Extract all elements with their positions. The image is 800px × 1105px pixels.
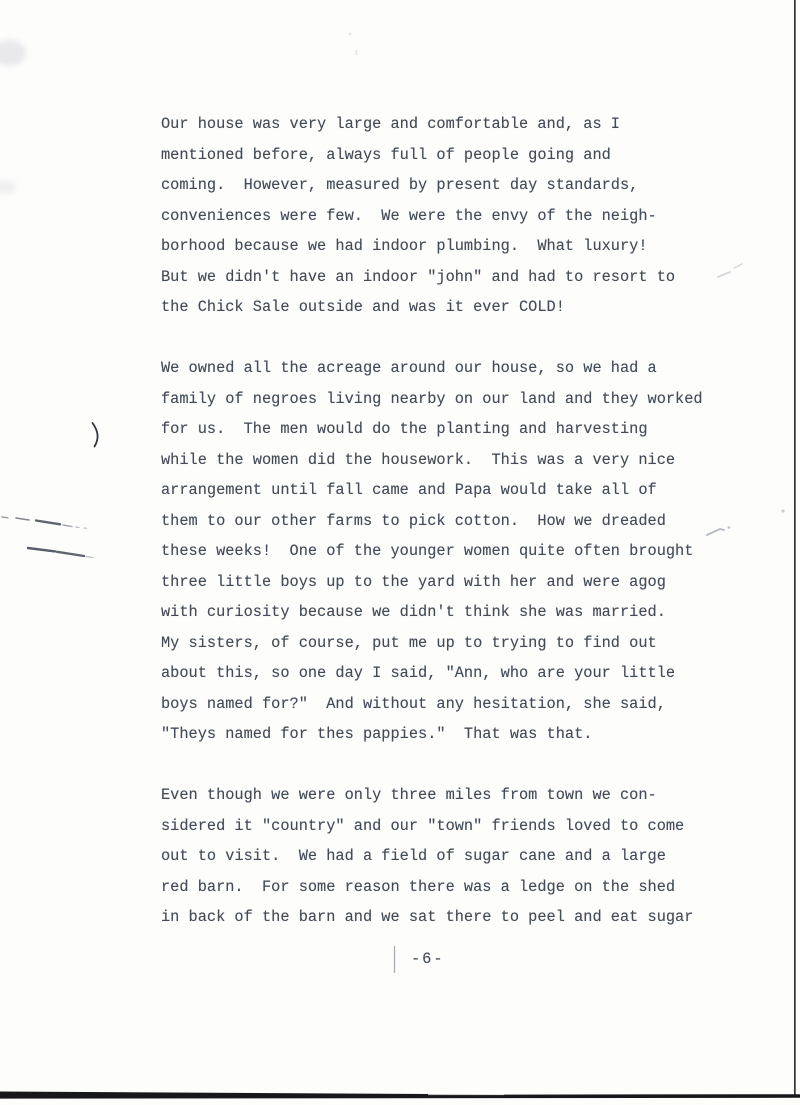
text-line: in back of the barn and we sat there to … <box>161 902 741 933</box>
text-line: three little boys up to the yard with he… <box>161 567 741 598</box>
paragraph-acreage: We owned all the acreage around our hous… <box>161 353 741 750</box>
scan-edge-bar-fade <box>428 1091 504 1096</box>
pencil-scribble-upper <box>2 517 87 528</box>
paragraph-house: Our house was very large and comfortable… <box>161 109 741 323</box>
text-line: out to visit. We had a field of sugar ca… <box>161 841 741 872</box>
text-line: family of negroes living nearby on our l… <box>161 384 741 415</box>
paper-smudge <box>0 40 26 66</box>
text-line: red barn. For some reason there was a le… <box>161 872 741 903</box>
text-line: sidered it "country" and our "town" frie… <box>161 811 741 842</box>
text-line: But we didn't have an indoor "john" and … <box>161 262 741 293</box>
paper-speck <box>349 33 357 55</box>
text-line: for us. The men would do the planting an… <box>161 414 741 445</box>
text-line: coming. However, measured by present day… <box>161 170 741 201</box>
text-line: mentioned before, always full of people … <box>161 140 741 171</box>
paper-smudge <box>0 180 16 194</box>
text-line: Our house was very large and comfortable… <box>161 109 741 140</box>
memoir-text: Our house was very large and comfortable… <box>161 109 741 963</box>
scanned-page: Our house was very large and comfortable… <box>0 0 800 1105</box>
text-line: boys named for?" And without any hesitat… <box>161 689 741 720</box>
text-line: them to our other farms to pick cotton. … <box>161 506 741 537</box>
text-line: arrangement until fall came and Papa wou… <box>161 475 741 506</box>
text-line: Even though we were only three miles fro… <box>161 780 741 811</box>
scan-edge-line-right <box>794 0 796 1097</box>
paragraph-country: Even though we were only three miles fro… <box>161 780 741 933</box>
text-line: with curiosity because we didn't think s… <box>161 597 741 628</box>
text-line: about this, so one day I said, "Ann, who… <box>161 658 741 689</box>
text-line: My sisters, of course, put me up to tryi… <box>161 628 741 659</box>
pencil-scribble-lower <box>28 548 93 558</box>
scan-edge-bar-bottom <box>0 1092 800 1099</box>
text-line: these weeks! One of the younger women qu… <box>161 536 741 567</box>
pen-stroke-mark <box>93 423 98 447</box>
text-line: conveniences were few. We were the envy … <box>161 201 741 232</box>
text-line: while the women did the housework. This … <box>161 445 741 476</box>
text-line: "Theys named for thes pappies." That was… <box>161 719 741 750</box>
text-line: We owned all the acreage around our hous… <box>161 353 741 384</box>
text-line: borhood because we had indoor plumbing. … <box>161 231 741 262</box>
page-number: -6- <box>411 948 445 970</box>
text-line: the Chick Sale outside and was it ever C… <box>161 292 741 323</box>
